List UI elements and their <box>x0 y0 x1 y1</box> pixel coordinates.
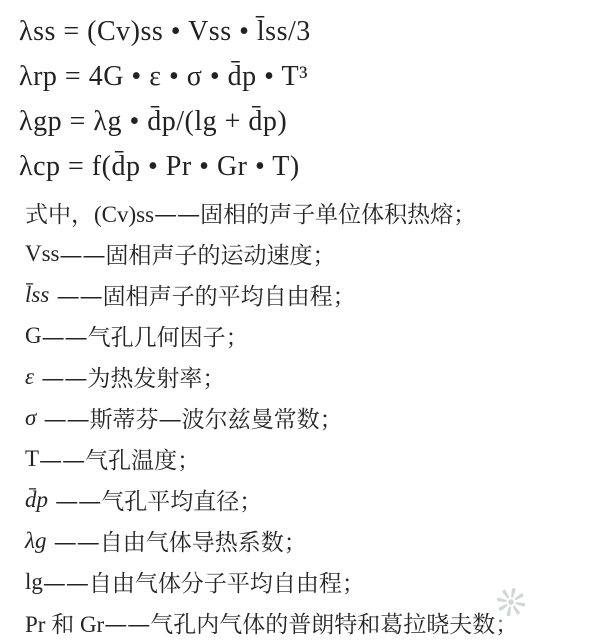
definition-text: ——固相声子的平均自由程； <box>49 278 355 311</box>
document-page: λss = (Cv)ss • Vss • l̄ss/3 λrp = 4G • ε… <box>0 0 607 642</box>
definition-symbol: Vss <box>25 241 60 267</box>
definition-text: ——自由气体分子平均自由程； <box>43 565 365 598</box>
definition-line: l̄ss ——固相声子的平均自由程； <box>25 274 607 315</box>
definition-symbol: 式中，(Cv)ss <box>25 196 154 229</box>
definition-text: ——气孔内气体的普朗特和葛拉晓夫数； <box>104 606 518 639</box>
equation-lambda-ss: λss = (Cv)ss • Vss • l̄ss/3 <box>19 9 607 54</box>
equation-lambda-cp: λcp = f(d̄p • Pr • Gr • T) <box>19 144 607 189</box>
definition-text: ——自由气体导热系数； <box>46 524 306 557</box>
definition-text: ——固相声子的运动速度； <box>60 237 336 270</box>
definition-line: λg ——自由气体导热系数； <box>25 520 607 561</box>
definition-line: lg——自由气体分子平均自由程； <box>25 561 607 602</box>
definition-line: Vss——固相声子的运动速度； <box>25 233 607 274</box>
definition-symbol: d̄p <box>25 487 48 513</box>
equation-lambda-gp: λgp = λg • d̄p/(lg + d̄p) <box>19 99 607 144</box>
definition-symbol: σ <box>25 405 36 431</box>
equation-block: λss = (Cv)ss • Vss • l̄ss/3 λrp = 4G • ε… <box>0 0 607 189</box>
definition-text: ——气孔几何因子； <box>42 319 249 352</box>
definition-line: Pr 和 Gr——气孔内气体的普朗特和葛拉晓夫数； <box>25 602 607 642</box>
definition-line: ε ——为热发射率； <box>25 356 607 397</box>
definition-line: d̄p ——气孔平均直径； <box>25 479 607 520</box>
definition-line: 式中，(Cv)ss——固相的声子单位体积热熔； <box>25 192 607 233</box>
definition-text: ——斯蒂芬—波尔兹曼常数； <box>36 401 342 434</box>
definition-symbol: lg <box>25 569 43 595</box>
definition-line: G——气孔几何因子； <box>25 315 607 356</box>
definition-symbol: G <box>25 323 42 349</box>
definition-text: ——为热发射率； <box>34 360 225 393</box>
definition-symbol: l̄ss <box>25 282 49 308</box>
definition-line: T——气孔温度； <box>25 438 607 479</box>
definition-symbol: λg <box>25 528 46 554</box>
equation-lambda-rp: λrp = 4G • ε • σ • d̄p • T³ <box>19 54 607 99</box>
definition-line: σ ——斯蒂芬—波尔兹曼常数； <box>25 397 607 438</box>
definition-text: ——气孔温度； <box>39 442 200 475</box>
symbol-definitions: 式中，(Cv)ss——固相的声子单位体积热熔； Vss——固相声子的运动速度； … <box>0 189 607 642</box>
definition-text: ——气孔平均直径； <box>48 483 262 516</box>
definition-symbol: ε <box>25 364 34 390</box>
definition-symbol: Pr 和 Gr <box>25 606 104 639</box>
definition-symbol: T <box>25 446 39 472</box>
definition-text: ——固相的声子单位体积热熔； <box>154 196 476 229</box>
